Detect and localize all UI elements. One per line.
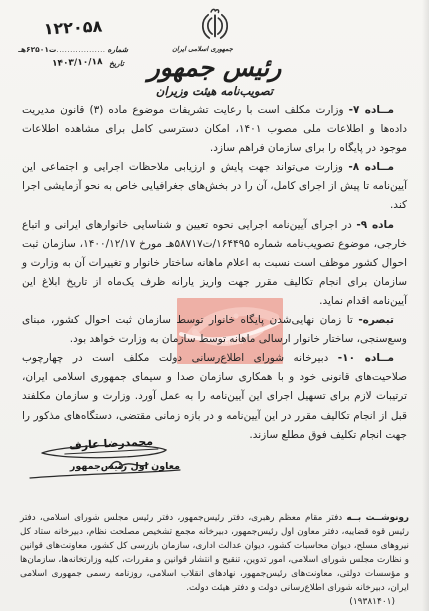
article-9-paragraph: ماده ۹- در اجرای آیین‌نامه اجرایی نحوه ت… — [22, 216, 407, 311]
article-10-label: مــاده ۱۰- — [338, 352, 394, 364]
note-label: تبصره- — [358, 314, 394, 326]
note-text: تا زمان نهایی‌شدن پایگاه خانوار توسط ساز… — [22, 314, 407, 345]
document-type-title: تصویب‌نامه هیئت وزیران — [0, 84, 429, 98]
decree-body: مــاده ۷- وزارت مکلف است با رعایت تشریفا… — [22, 101, 407, 445]
iran-coat-of-arms-icon — [198, 6, 232, 44]
office-title: رئیس جمهور — [0, 54, 429, 82]
article-7-label: مــاده ۷- — [349, 104, 394, 116]
letterhead: جمهوری اسلامی ایران رئیس جمهور تصویب‌نام… — [0, 6, 429, 98]
signature-block: محمدرضا عارف معاون اول رئیس‌جمهور — [26, 437, 186, 489]
signer-title: معاون اول رئیس‌جمهور — [70, 461, 180, 472]
country-name: جمهوری اسلامی ایران — [0, 45, 417, 53]
article-9-text: در اجرای آیین‌نامه اجرایی نحوه تعیین و ش… — [22, 219, 407, 307]
article-8-label: مــاده ۸- — [348, 161, 394, 173]
article-10-paragraph: مــاده ۱۰- دبیرخانه شورای اطلاع‌رسانی دو… — [22, 349, 407, 444]
distribution-paragraph: رونوشــت بــه دفتر مقام معظم رهبری، دفتر… — [20, 512, 409, 595]
distribution-note: رونوشــت بــه دفتر مقام معظم رهبری، دفتر… — [20, 512, 409, 610]
distribution-text: دفتر مقام معظم رهبری، دفتر رئیس‌جمهور، د… — [20, 513, 409, 593]
note-paragraph: تبصره- تا زمان نهایی‌شدن پایگاه خانوار ت… — [22, 311, 407, 349]
article-10-text: دبیرخانه شورای اطلاع‌رسانی دولت مکلف است… — [22, 352, 407, 440]
article-7-paragraph: مــاده ۷- وزارت مکلف است با رعایت تشریفا… — [22, 101, 407, 158]
distribution-label: رونوشــت بــه — [346, 513, 409, 523]
footer-reference-number: (۱۹۳۸۱۴۰۱) — [20, 596, 409, 610]
article-8-paragraph: مــاده ۸- وزارت می‌تواند جهت پایش و ارزی… — [22, 158, 407, 215]
article-9-label: ماده ۹- — [356, 219, 394, 231]
scanned-cabinet-decree-page: ۱۲۲۰۵۸ شماره .................. ت۶۲۵۰۱هـ… — [0, 0, 429, 611]
